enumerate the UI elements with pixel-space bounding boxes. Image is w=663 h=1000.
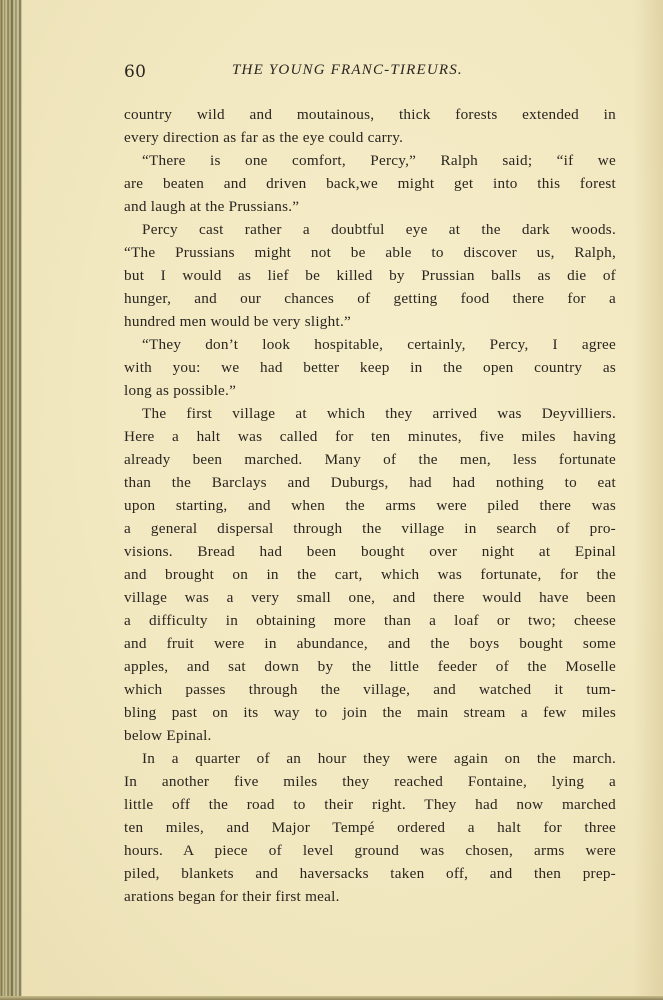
page-bottom-edge (0, 996, 663, 1000)
running-head-title: THE YOUNG FRANC-TIREURS. (232, 62, 463, 79)
text-line: and fruit were in abundance, and the boy… (124, 632, 616, 655)
text-line: and laugh at the Prussians.” (124, 195, 616, 218)
book-page: 60 THE YOUNG FRANC-TIREURS. country wild… (0, 0, 663, 1000)
text-line: a difficulty in obtaining more than a lo… (124, 609, 616, 632)
text-line: Percy cast rather a doubtful eye at the … (124, 218, 616, 241)
text-line: with you: we had better keep in the open… (124, 356, 616, 379)
text-line: little off the road to their right. They… (124, 793, 616, 816)
text-line: “They don’t look hospitable, certainly, … (124, 333, 616, 356)
text-line: below Epinal. (124, 724, 616, 747)
text-line: country wild and moutainous, thick fores… (124, 103, 616, 126)
text-line: village was a very small one, and there … (124, 586, 616, 609)
text-line: apples, and sat down by the little feede… (124, 655, 616, 678)
book-binding-edge (0, 0, 22, 1000)
text-line: a general dispersal through the village … (124, 517, 616, 540)
page-number: 60 (124, 62, 146, 82)
text-line: but I would as lief be killed by Prussia… (124, 264, 616, 287)
page-edge-shadow (633, 0, 663, 1000)
text-line: “The Prussians might not be able to disc… (124, 241, 616, 264)
text-line: piled, blankets and haversacks taken off… (124, 862, 616, 885)
text-line: already been marched. Many of the men, l… (124, 448, 616, 471)
text-line: hunger, and our chances of getting food … (124, 287, 616, 310)
text-line: hundred men would be very slight.” (124, 310, 616, 333)
text-line: upon starting, and when the arms were pi… (124, 494, 616, 517)
text-line: In a quarter of an hour they were again … (124, 747, 616, 770)
body-text: country wild and moutainous, thick fores… (124, 103, 616, 908)
text-line: “There is one comfort, Percy,” Ralph sai… (124, 149, 616, 172)
text-line: hours. A piece of level ground was chose… (124, 839, 616, 862)
text-line: which passes through the village, and wa… (124, 678, 616, 701)
text-line: bling past on its way to join the main s… (124, 701, 616, 724)
text-line: Here a halt was called for ten minutes, … (124, 425, 616, 448)
text-line: The first village at which they arrived … (124, 402, 616, 425)
text-line: ten miles, and Major Tempé ordered a hal… (124, 816, 616, 839)
text-line: every direction as far as the eye could … (124, 126, 616, 149)
text-line: than the Barclays and Duburgs, had had n… (124, 471, 616, 494)
text-line: and brought on in the cart, which was fo… (124, 563, 616, 586)
text-line: long as possible.” (124, 379, 616, 402)
text-line: are beaten and driven back,we might get … (124, 172, 616, 195)
text-line: visions. Bread had been bought over nigh… (124, 540, 616, 563)
text-line: arations began for their first meal. (124, 885, 616, 908)
page-header: 60 THE YOUNG FRANC-TIREURS. (124, 62, 614, 86)
text-line: In another five miles they reached Fonta… (124, 770, 616, 793)
